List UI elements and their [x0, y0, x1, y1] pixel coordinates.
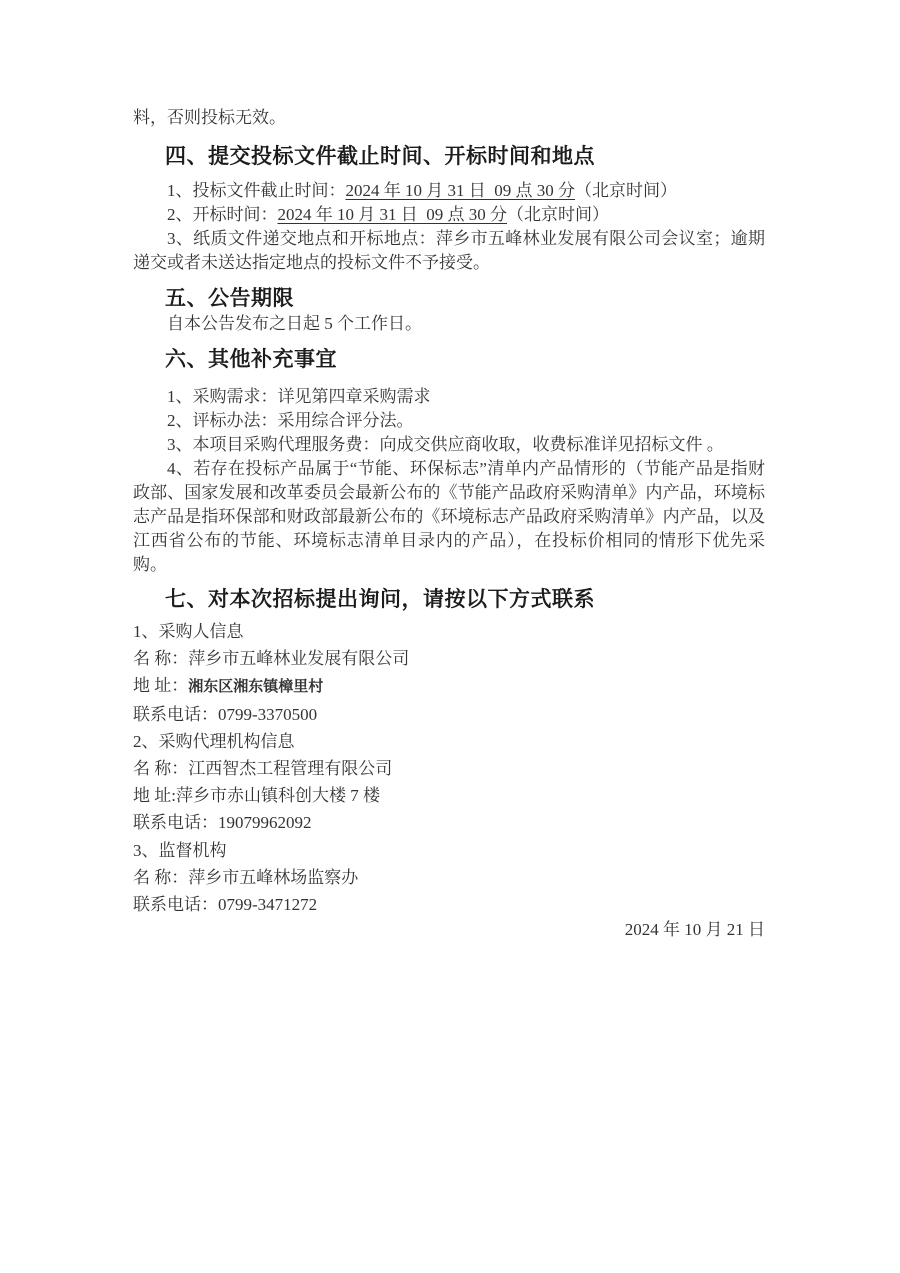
bid-opening-time-line: 2、开标时间：2024 年 10 月 31 日 09 点 30 分（北京时间）	[133, 203, 765, 227]
purchaser-address-label: 地 址：	[133, 676, 188, 695]
document-page: 料，否则投标无效。 四、提交投标文件截止时间、开标时间和地点 1、投标文件截止时…	[0, 0, 900, 1273]
agency-phone-label: 联系电话：	[133, 813, 218, 832]
agency-name-label: 名 称：	[133, 759, 188, 778]
section-5-heading: 五、公告期限	[165, 286, 765, 312]
agency-fee-line: 3、本项目采购代理服务费：向成交供应商收取，收费标准详见招标文件 。	[133, 433, 765, 457]
supervisor-name-label: 名 称：	[133, 868, 188, 887]
agency-info-title: 2、采购代理机构信息	[133, 728, 765, 755]
supervisor-name-line: 名 称：萍乡市五峰林场监察办	[133, 864, 765, 891]
agency-address-value: 萍乡市赤山镇科创大楼 7 楼	[176, 786, 380, 805]
purchaser-address-line: 地 址：湘东区湘东镇樟里村	[133, 672, 765, 700]
procurement-requirement-line: 1、采购需求：详见第四章采购需求	[133, 385, 765, 409]
bid-opening-timezone: （北京时间）	[507, 205, 609, 224]
supervisor-name-value: 萍乡市五峰林场监察办	[188, 868, 358, 887]
section-6-heading: 六、其他补充事宜	[165, 347, 765, 373]
bid-deadline-datetime: 2024 年 10 月 31 日 09 点 30 分	[346, 181, 576, 200]
purchaser-name-label: 名 称：	[133, 649, 188, 668]
agency-name-value: 江西智杰工程管理有限公司	[188, 759, 392, 778]
continuation-line: 料，否则投标无效。	[133, 106, 765, 130]
announcement-date: 2024 年 10 月 21 日	[133, 918, 765, 942]
agency-phone-line: 联系电话：19079962092	[133, 809, 765, 836]
supervisor-phone-line: 联系电话：0799-3471272	[133, 891, 765, 918]
supervisor-phone-label: 联系电话：	[133, 895, 218, 914]
bid-location-paragraph: 3、纸质文件递交地点和开标地点：萍乡市五峰林业发展有限公司会议室；逾期递交或者未…	[133, 227, 765, 275]
bid-deadline-label: 1、投标文件截止时间：	[167, 181, 346, 200]
purchaser-address-value: 湘东区湘东镇樟里村	[188, 678, 323, 695]
agency-phone-value: 19079962092	[218, 813, 312, 832]
contact-info-block: 1、采购人信息 名 称：萍乡市五峰林业发展有限公司 地 址：湘东区湘东镇樟里村 …	[133, 618, 765, 918]
evaluation-method-line: 2、评标办法：采用综合评分法。	[133, 409, 765, 433]
purchaser-phone-label: 联系电话：	[133, 705, 218, 724]
agency-address-label: 地 址:	[133, 786, 176, 805]
agency-name-line: 名 称：江西智杰工程管理有限公司	[133, 755, 765, 782]
supervisor-info-title: 3、监督机构	[133, 837, 765, 864]
section-7-heading: 七、对本次招标提出询问，请按以下方式联系	[165, 587, 765, 613]
bid-deadline-line: 1、投标文件截止时间：2024 年 10 月 31 日 09 点 30 分（北京…	[133, 179, 765, 203]
purchaser-info-title: 1、采购人信息	[133, 618, 765, 645]
agency-address-line: 地 址:萍乡市赤山镇科创大楼 7 楼	[133, 782, 765, 809]
supervisor-phone-value: 0799-3471272	[218, 895, 317, 914]
purchaser-name-value: 萍乡市五峰林业发展有限公司	[188, 649, 409, 668]
section-6-items: 1、采购需求：详见第四章采购需求 2、评标办法：采用综合评分法。 3、本项目采购…	[133, 385, 765, 577]
bid-deadline-timezone: （北京时间）	[575, 181, 677, 200]
section-4-heading: 四、提交投标文件截止时间、开标时间和地点	[165, 144, 765, 170]
purchaser-phone-line: 联系电话：0799-3370500	[133, 701, 765, 728]
purchaser-phone-value: 0799-3370500	[218, 705, 317, 724]
announcement-period-text: 自本公告发布之日起 5 个工作日。	[133, 312, 765, 336]
purchaser-name-line: 名 称：萍乡市五峰林业发展有限公司	[133, 645, 765, 672]
bid-opening-label: 2、开标时间：	[167, 205, 278, 224]
bid-opening-datetime: 2024 年 10 月 31 日 09 点 30 分	[278, 205, 508, 224]
energy-saving-products-paragraph: 4、若存在投标产品属于“节能、环保标志”清单内产品情形的（节能产品是指财政部、国…	[133, 457, 765, 577]
section-4-items: 1、投标文件截止时间：2024 年 10 月 31 日 09 点 30 分（北京…	[133, 179, 765, 275]
